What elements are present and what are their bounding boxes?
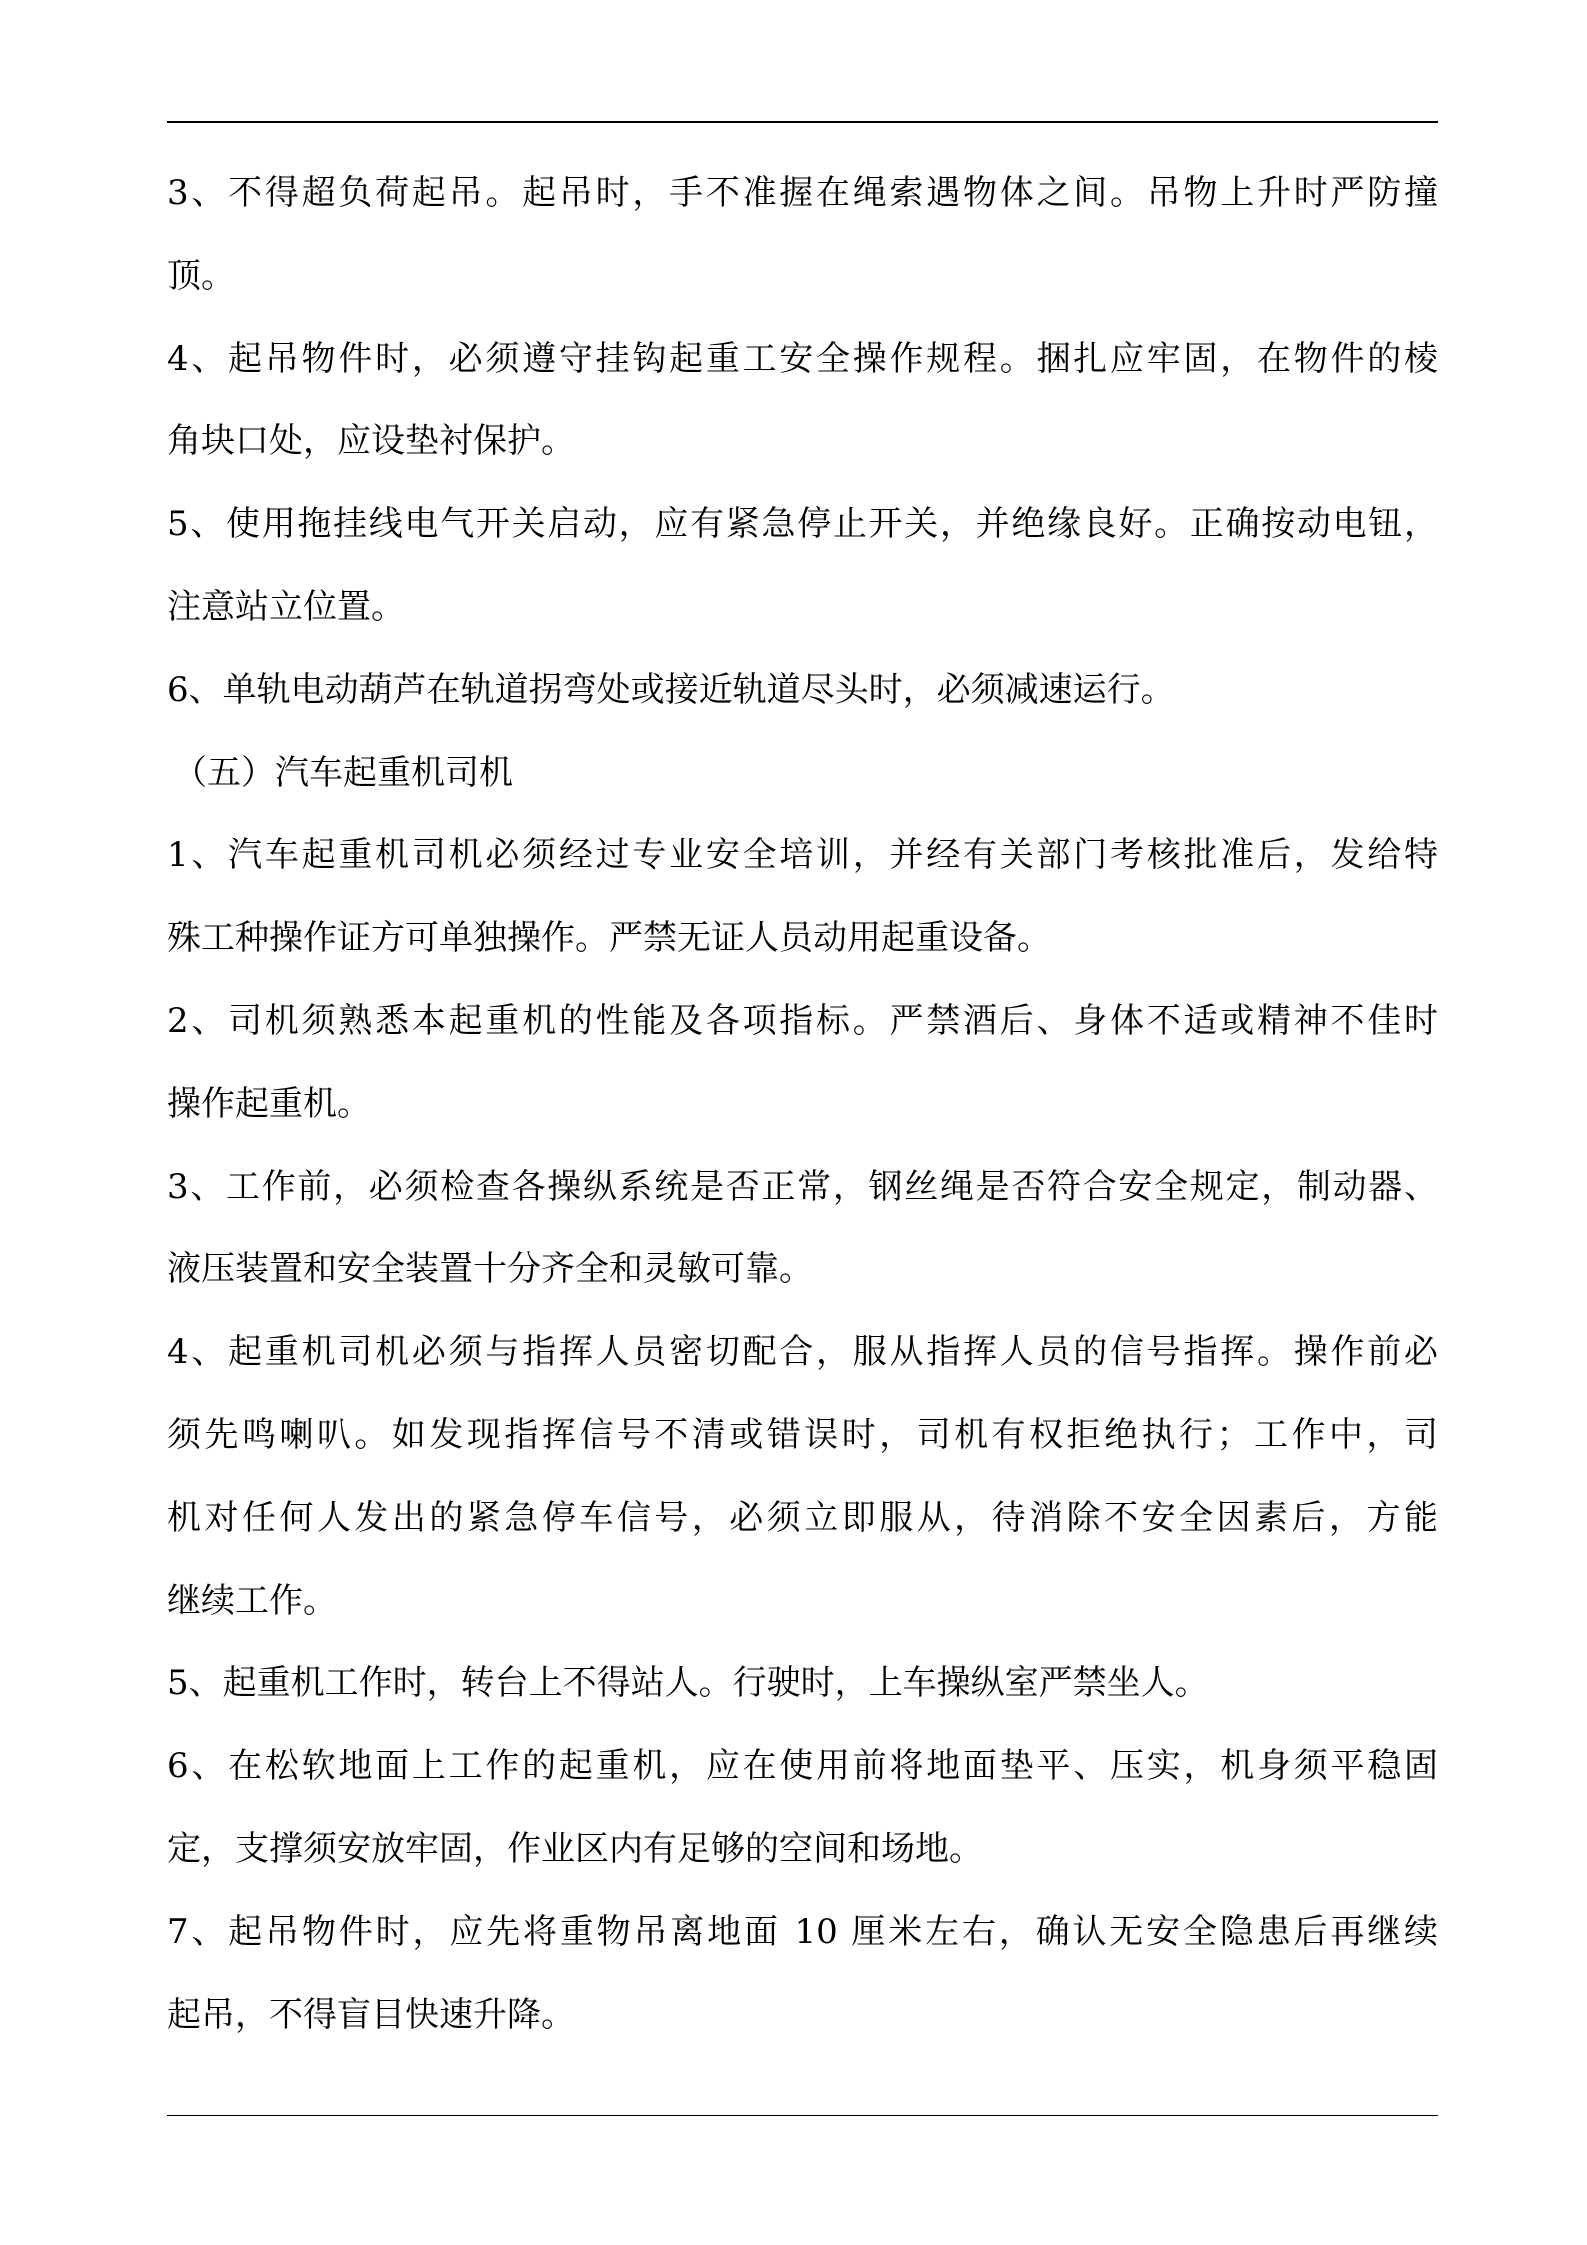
body-line: 2、司机须熟悉本起重机的性能及各项指标。严禁酒后、身体不适或精神不佳时 xyxy=(167,994,1438,1077)
body-line: 须先鸣喇叭。如发现指挥信号不清或错误时，司机有权拒绝执行；工作中，司 xyxy=(167,1408,1438,1491)
body-line: 定，支撑须安放牢固，作业区内有足够的空间和场地。 xyxy=(167,1822,1438,1905)
body-line: 机对任何人发出的紧急停车信号，必须立即服从，待消除不安全因素后，方能 xyxy=(167,1491,1438,1574)
body-line: 角块口处，应设垫衬保护。 xyxy=(167,414,1438,497)
body-line: 殊工种操作证方可单独操作。严禁无证人员动用起重设备。 xyxy=(167,911,1438,994)
body-line: 1、汽车起重机司机必须经过专业安全培训，并经有关部门考核批准后，发给特 xyxy=(167,828,1438,911)
body-line: 6、在松软地面上工作的起重机，应在使用前将地面垫平、压实，机身须平稳固 xyxy=(167,1739,1438,1822)
body-line: 操作起重机。 xyxy=(167,1077,1438,1160)
body-line: 5、起重机工作时，转台上不得站人。行驶时，上车操纵室严禁坐人。 xyxy=(167,1656,1438,1739)
body-line: 顶。 xyxy=(167,249,1438,332)
body-line: 4、起重机司机必须与指挥人员密切配合，服从指挥人员的信号指挥。操作前必 xyxy=(167,1325,1438,1408)
body-line: 3、工作前，必须检查各操纵系统是否正常，钢丝绳是否符合安全规定，制动器、 xyxy=(167,1160,1438,1243)
body-line: 5、使用拖挂线电气开关启动，应有紧急停止开关，并绝缘良好。正确按动电钮， xyxy=(167,497,1438,580)
section-heading: （五）汽车起重机司机 xyxy=(167,746,1438,829)
document-page: 3、不得超负荷起吊。起吊时，手不准握在绳索遇物体之间。吊物上升时严防撞 顶。 4… xyxy=(0,0,1587,2245)
body-line: 液压装置和安全装置十分齐全和灵敏可靠。 xyxy=(167,1242,1438,1325)
body-line: 注意站立位置。 xyxy=(167,580,1438,663)
document-body: 3、不得超负荷起吊。起吊时，手不准握在绳索遇物体之间。吊物上升时严防撞 顶。 4… xyxy=(167,166,1438,2070)
body-line: 3、不得超负荷起吊。起吊时，手不准握在绳索遇物体之间。吊物上升时严防撞 xyxy=(167,166,1438,249)
body-line: 6、单轨电动葫芦在轨道拐弯处或接近轨道尽头时，必须减速运行。 xyxy=(167,663,1438,746)
footer-rule xyxy=(167,2115,1438,2116)
body-line: 起吊，不得盲目快速升降。 xyxy=(167,1988,1438,2071)
body-line: 继续工作。 xyxy=(167,1574,1438,1657)
header-rule xyxy=(167,121,1438,123)
body-line: 4、起吊物件时，必须遵守挂钩起重工安全操作规程。捆扎应牢固，在物件的棱 xyxy=(167,332,1438,415)
body-line: 7、起吊物件时，应先将重物吊离地面 10 厘米左右，确认无安全隐患后再继续 xyxy=(167,1905,1438,1988)
